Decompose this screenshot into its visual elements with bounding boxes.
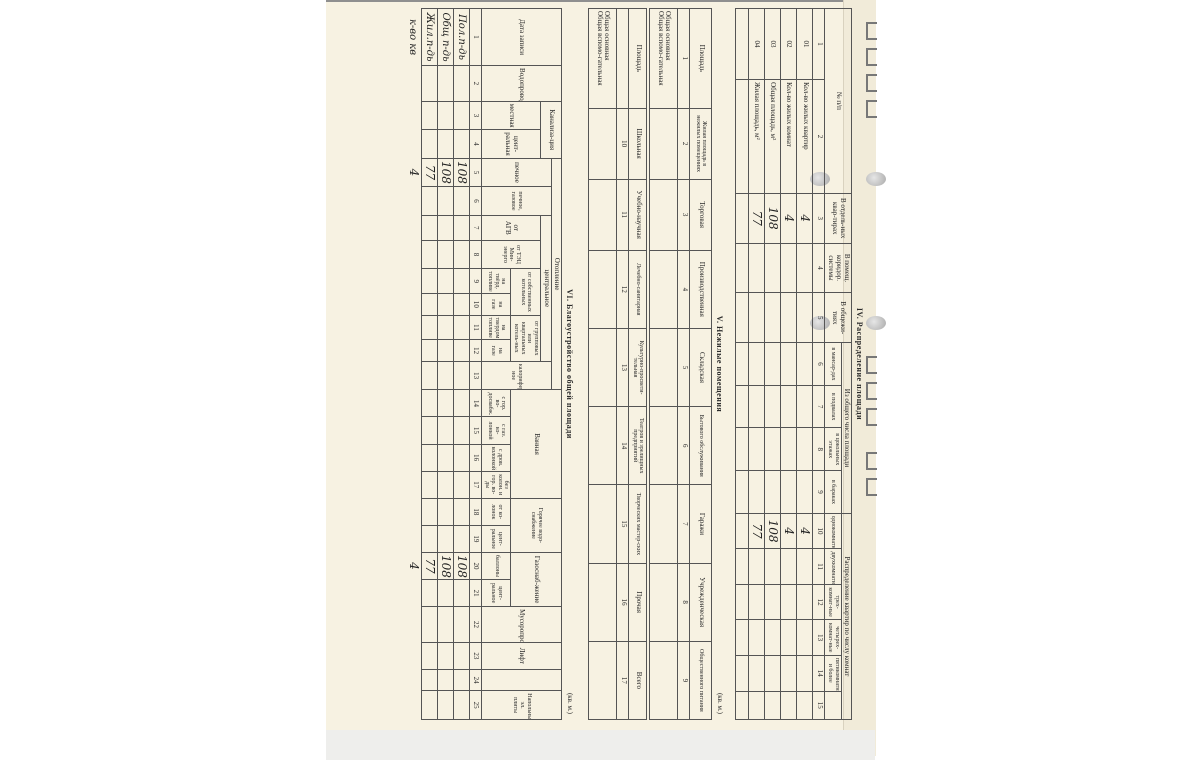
margin-note: 4	[405, 158, 421, 187]
cell-value: 108	[453, 158, 469, 187]
col-number: 14	[470, 390, 482, 417]
col-number: 8	[470, 240, 482, 269]
col-number: 5	[678, 328, 690, 406]
header-solid-fuel: на твёрд. топливе	[482, 269, 511, 294]
section-vi-title: VI. Благоустройство общей площади	[564, 8, 573, 720]
col-number: 2	[470, 66, 482, 102]
header-3room: трех-комнат-ные	[825, 584, 841, 620]
header-educational: Учебно-научная	[629, 179, 647, 250]
col-number: 6	[813, 343, 825, 386]
cell-value: 4	[780, 513, 796, 549]
col-number: 5	[470, 158, 482, 187]
row-date: Общ п-дь	[437, 9, 453, 66]
header-socle: в цокольных этажах	[825, 428, 841, 471]
col-number: 1	[678, 9, 690, 109]
header-school: Школьная	[629, 108, 647, 179]
row-code: 01	[797, 9, 813, 80]
header-cultural: Культурно-просвети-тельная	[629, 328, 647, 406]
header-5room: пятикомнатные и более	[825, 655, 841, 691]
table-row: 04 Жилая площадь, м² 77 77	[748, 9, 764, 720]
header-bath-wood-heater: с дров. колонкой	[482, 444, 511, 471]
cell-value: 108	[437, 158, 453, 187]
header-group-gas: Газоснаб-жение	[511, 552, 562, 606]
col-number: 13	[813, 620, 825, 656]
col-number: 12	[617, 250, 629, 328]
col-number: 10	[470, 294, 482, 315]
header-gas-fuel: на газе	[482, 294, 511, 315]
header-other: Прочая	[629, 563, 647, 641]
scan-bottom-margin	[326, 730, 875, 760]
cell-value: 108	[764, 193, 780, 243]
cell-value: 4	[797, 193, 813, 243]
header-bath-none: без колон. и гор. во-ды	[482, 471, 511, 498]
col-number: 5	[813, 293, 825, 343]
header-calorifer: калорифер-ное	[482, 361, 551, 390]
header-group-rooms: Распределение квартир по числу комнат	[841, 513, 852, 719]
cell-value: 4	[780, 193, 796, 243]
col-number: 10	[617, 108, 629, 179]
col-number: 13	[617, 328, 629, 406]
col-number: 3	[678, 179, 690, 250]
header-consumer-services: Бытового обслуживания	[690, 407, 712, 485]
cell-value: 77	[748, 513, 764, 549]
col-number: 17	[470, 471, 482, 498]
col-number: 6	[678, 407, 690, 485]
col-number: 25	[470, 691, 482, 720]
header-hw-central: цент-ральное	[482, 525, 511, 552]
header-tec: от ТЭЦ Мин-энерго	[482, 240, 541, 269]
col-number: 7	[470, 215, 482, 240]
row-label: Общая основнаяОбщая вспомо-гательная	[650, 9, 678, 109]
col-number: 14	[617, 407, 629, 485]
header-agv: от АГВ	[482, 215, 541, 240]
col-number: 9	[813, 471, 825, 514]
col-number: 23	[470, 642, 482, 669]
row-label: Жилая площадь, м²	[748, 80, 764, 194]
table-row: к-во кв 4 4	[405, 9, 421, 720]
section-v-title: V. Нежилые помещения	[714, 8, 723, 720]
header-electric-stoves: Напольные эл. плиты	[482, 691, 562, 720]
header-bath-hotwater: с гор. во-досвабж.	[482, 390, 511, 417]
cell-value: 108	[453, 552, 469, 579]
header-attics: в мансар-дах	[825, 343, 841, 386]
section-v: V. Нежилые помещения (кв. м.) Площадь Жи…	[588, 8, 725, 720]
col-number: 3	[470, 101, 482, 130]
header-stove: печное	[482, 158, 551, 187]
header-elevator: Лифт	[482, 642, 562, 669]
col-number: 21	[470, 580, 482, 607]
header-solid-fuel-2: на твердом топливе	[482, 315, 511, 340]
header-water: Водопровод	[482, 66, 562, 102]
header-medical: Лечебно-санитарная	[629, 250, 647, 328]
section-v-unit: (кв. м.)	[715, 693, 723, 714]
col-number: 12	[470, 340, 482, 361]
section-vi-table: Дата записи Водопровод Канализа-ция Отоп…	[405, 8, 562, 720]
header-stove-gas: печное, газовое	[482, 187, 551, 216]
col-number: 4	[678, 250, 690, 328]
col-number: 7	[813, 385, 825, 428]
header-barracks: в бараках	[825, 471, 841, 514]
col-number: 15	[470, 417, 482, 444]
col-number: 10	[813, 513, 825, 549]
table-row: Пол.п-дь 108 108	[453, 9, 469, 720]
header-workshops: Творческих мастер-ских	[629, 485, 647, 563]
header-bath-gas-heater: с газ. ко-лонкой	[482, 417, 511, 444]
row-code: 02	[780, 9, 796, 80]
cell-value: 77	[748, 193, 764, 243]
header-gas-cylinders: баллоны	[482, 552, 511, 579]
row-label: Общая основнаяОбщая вспомо-гательная	[589, 9, 617, 109]
header-basements: в подвалах	[825, 385, 841, 428]
table-row: Общая основнаяОбщая вспомо-гательная	[650, 9, 678, 720]
header-area: Площадь	[629, 9, 647, 109]
col-number: 12	[813, 584, 825, 620]
table-row	[735, 9, 748, 720]
header-gas-central: цент-ральное	[482, 580, 511, 607]
col-number: 16	[470, 444, 482, 471]
section-v-table-1: Площадь Жилая площадь в нежилых помещени…	[649, 8, 712, 720]
row-code: 04	[748, 9, 764, 80]
header-c24	[482, 669, 562, 690]
margin-note: 4	[405, 552, 421, 579]
section-iv-title: IV. Распределение площади	[854, 8, 863, 720]
header-catering: Общественного питания	[690, 641, 712, 719]
section-vi-unit: (кв. м.)	[565, 693, 573, 714]
table-row: Жил.п-дь 77 77	[421, 9, 437, 720]
col-number: 4	[813, 243, 825, 293]
col-number: 13	[470, 361, 482, 390]
col-number: 24	[470, 669, 482, 690]
cell-value: 77	[421, 552, 437, 579]
col-number: 7	[678, 485, 690, 563]
row-label: Общая площадь, м²	[764, 80, 780, 194]
col-number: 1	[813, 9, 825, 80]
header-c15	[825, 691, 841, 720]
row-date: Пол.п-дь	[453, 9, 469, 66]
header-trade: Торговая	[690, 179, 712, 250]
header-gas-fuel-2: на газе	[482, 340, 511, 361]
col-number: 9	[678, 641, 690, 719]
header-group-central: центральное	[540, 215, 551, 361]
col-number: 9	[470, 269, 482, 294]
col-number	[617, 9, 629, 109]
cell-value: 4	[797, 513, 813, 549]
col-number: 11	[617, 179, 629, 250]
cell-value: 108	[437, 552, 453, 579]
col-number: 11	[470, 315, 482, 340]
header-area: Площадь	[690, 9, 712, 109]
form-page: IV. Распределение площади № п/п В отдель…	[355, 8, 875, 720]
col-number: 20	[470, 552, 482, 579]
cell-value: 77	[421, 158, 437, 187]
header-living-in-nonres: Жилая площадь в нежилых помещениях	[690, 108, 712, 179]
row-date: Жил.п-дь	[421, 9, 437, 66]
cell-value: 108	[764, 513, 780, 549]
table-row: 02 Кол-во жилых комнат 4 4	[780, 9, 796, 720]
header-num: № п/п	[825, 9, 852, 194]
section-iv: IV. Распределение площади № п/п В отдель…	[735, 8, 865, 720]
section-iv-table: № п/п В отдель-ных квар-тирах В помещ. к…	[735, 8, 853, 720]
header-group-sewerage: Канализа-ция	[540, 101, 561, 158]
header-group-bath: Ванная	[511, 390, 562, 498]
col-number: 11	[813, 549, 825, 585]
header-separate-apts: В отдель-ных квар-тирах	[825, 193, 852, 243]
header-production: Производственная	[690, 250, 712, 328]
col-number: 1	[470, 9, 482, 66]
header-1room: однокомнатные	[825, 513, 841, 549]
header-group-own-boiler: от собственных котельных	[511, 269, 540, 315]
row-label: Кол-во жилых комнат	[780, 80, 796, 194]
header-4room: четырех-комнат-ные	[825, 620, 841, 656]
col-number: 2	[678, 108, 690, 179]
header-local: местная	[482, 101, 541, 130]
row-code: 03	[764, 9, 780, 80]
col-number: 18	[470, 498, 482, 525]
col-number: 4	[470, 130, 482, 159]
table-row: 01 Кол-во жилых квартир 4 4	[797, 9, 813, 720]
col-number: 14	[813, 655, 825, 691]
header-group-hotwater: Горячее водо-снабжение	[511, 498, 562, 552]
col-number: 2	[813, 80, 825, 194]
header-hw-heaters: от ко-лонок	[482, 498, 511, 525]
table-row: Общая основнаяОбщая вспомо-гательная	[589, 9, 617, 720]
header-total: Всего	[629, 641, 647, 719]
header-storage: Складская	[690, 328, 712, 406]
section-v-table-2: Площадь Школьная Учебно-научная Лечебно-…	[588, 8, 647, 720]
col-number: 15	[617, 485, 629, 563]
header-central-sewer: цент-ральная	[482, 130, 541, 159]
header-institutional: Учрежденческая	[690, 563, 712, 641]
header-group-total: Из общего числа площади	[841, 343, 852, 514]
col-number: 17	[617, 641, 629, 719]
col-number: 6	[470, 187, 482, 216]
row-date: к-во кв	[405, 9, 421, 66]
header-corridor: В помещ. коридор. системы	[825, 243, 852, 293]
col-number: 19	[470, 525, 482, 552]
table-row: 03 Общая площадь, м² 108 108	[764, 9, 780, 720]
header-dormitories: В общежи-тиях	[825, 293, 852, 343]
col-number: 3	[813, 193, 825, 243]
header-garages: Гаражи	[690, 485, 712, 563]
col-number: 16	[617, 563, 629, 641]
section-vi: VI. Благоустройство общей площади (кв. м…	[405, 8, 575, 720]
header-date: Дата записи	[482, 9, 562, 66]
header-garbage-chute: Мусоропровод	[482, 607, 562, 643]
col-number: 8	[813, 428, 825, 471]
header-group-heating: Отопление	[551, 158, 562, 390]
table-row: Общ п-дь 108 108	[437, 9, 453, 720]
col-number: 8	[678, 563, 690, 641]
header-2room: двухкомнатные	[825, 549, 841, 585]
row-label: Кол-во жилых квартир	[797, 80, 813, 194]
col-number: 22	[470, 607, 482, 643]
col-number: 15	[813, 691, 825, 720]
header-group-district-boiler: от групповых или квартальных котель-ных	[511, 315, 540, 361]
header-theaters: Театров и зрелищных предприятий	[629, 407, 647, 485]
